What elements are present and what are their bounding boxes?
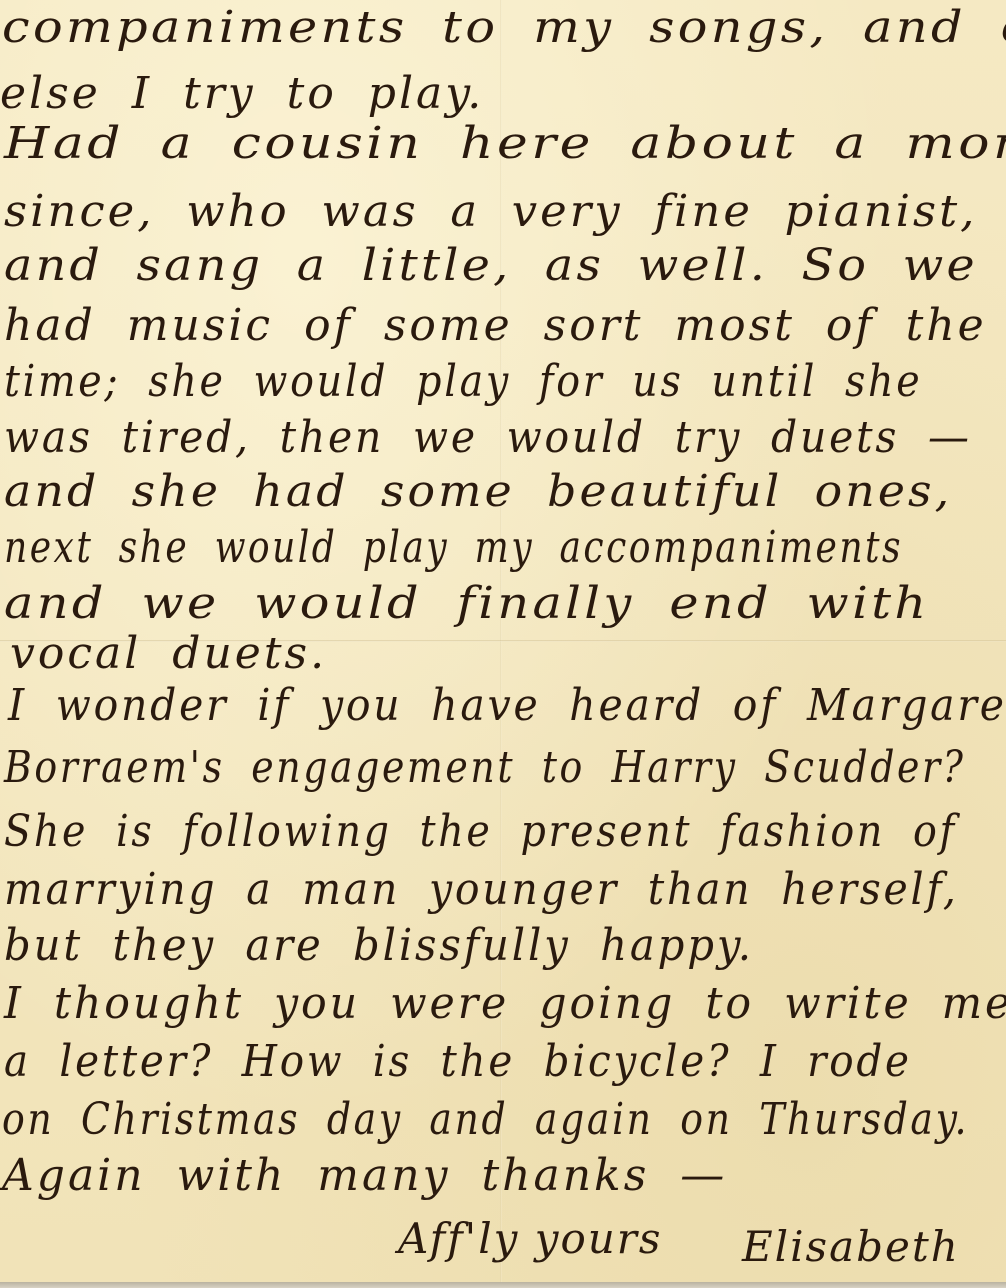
letter-line-20: on Christmas day and again on Thursday. [2, 1094, 969, 1145]
letter-line-15: She is following the present fashion of [4, 806, 957, 857]
letter-line-16: marrying a man younger than herself, [4, 864, 959, 915]
letter-line-6: had music of some sort most of the [4, 300, 987, 351]
letter-line-9: and she had some beautiful ones, [4, 466, 952, 517]
letter-line-21: Again with many thanks — [2, 1150, 727, 1201]
letter-line-17: but they are blissfully happy. [4, 920, 754, 971]
letter-line-10: next she would play my accompaniments [4, 522, 903, 573]
letter-line-11: and we would finally end with [4, 578, 929, 629]
letter-line-12: vocal duets. [10, 628, 327, 679]
letter-signature: Elisabeth [742, 1222, 960, 1271]
letter-line-18: I thought you were going to write me [4, 978, 1006, 1029]
page-bottom-edge [0, 1282, 1006, 1288]
letter-line-3: Had a cousin here about a month [4, 118, 1006, 169]
letter-line-8: was tired, then we would try duets — [4, 412, 972, 463]
letter-line-5: and sang a little, as well. So we [4, 240, 978, 291]
letter-line-7: time; she would play for us until she [4, 356, 922, 407]
letter-page: companiments to my songs, and everything… [0, 0, 1006, 1282]
letter-line-13: I wonder if you have heard of Margaret [8, 680, 1006, 731]
letter-line-2: else I try to play. [0, 68, 484, 119]
letter-line-4: since, who was a very fine pianist, [4, 186, 978, 237]
letter-line-1: companiments to my songs, and everything [2, 2, 1006, 53]
letter-closing: Aff'ly yours [398, 1214, 662, 1263]
letter-line-19: a letter? How is the bicycle? I rode [4, 1036, 912, 1087]
letter-line-14: Borraem's engagement to Harry Scudder? [4, 742, 966, 793]
